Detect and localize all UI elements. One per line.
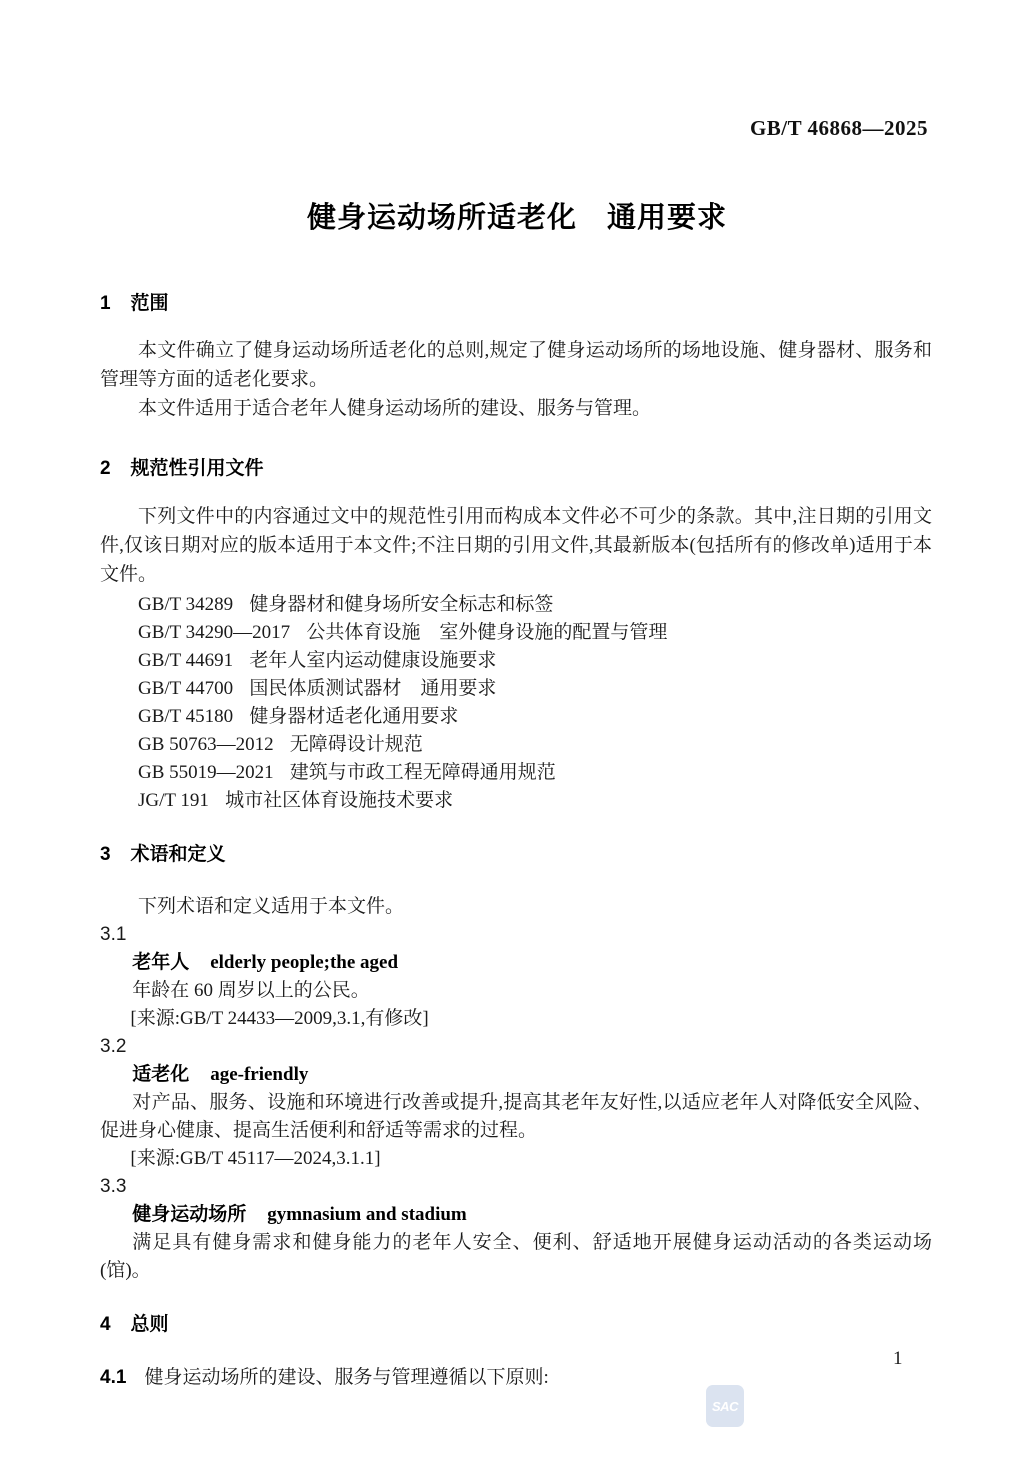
references-list: GB/T 34289健身器材和健身场所安全标志和标签 GB/T 34290—20… bbox=[100, 591, 932, 815]
section-4-heading: 4总则 bbox=[100, 1310, 932, 1339]
sac-logo-watermark: SAC bbox=[706, 1385, 744, 1427]
reference-item: GB/T 34290—2017公共体育设施 室外健身设施的配置与管理 bbox=[100, 619, 932, 647]
term-source: [来源:GB/T 45117—2024,3.1.1] bbox=[100, 1145, 932, 1173]
reference-title: 健身器材适老化通用要求 bbox=[249, 703, 458, 731]
term-clause-number: 3.1 bbox=[100, 921, 932, 949]
reference-item: GB 50763—2012无障碍设计规范 bbox=[100, 731, 932, 759]
document-body: 1范围 本文件确立了健身运动场所适老化的总则,规定了健身运动场所的场地设施、健身… bbox=[100, 289, 932, 1392]
reference-code: GB/T 34289 bbox=[138, 591, 233, 619]
reference-title: 健身器材和健身场所安全标志和标签 bbox=[249, 591, 553, 619]
term-clause-number: 3.3 bbox=[100, 1173, 932, 1201]
reference-title: 公共体育设施 室外健身设施的配置与管理 bbox=[306, 619, 667, 647]
reference-code: GB/T 44691 bbox=[138, 647, 233, 675]
term-definition: 年龄在 60 周岁以上的公民。 bbox=[100, 977, 932, 1005]
section-label: 术语和定义 bbox=[131, 840, 226, 869]
term-clause-number: 3.2 bbox=[100, 1033, 932, 1061]
section-number: 2 bbox=[100, 454, 111, 483]
section-number: 3 bbox=[100, 840, 111, 869]
term-entry: 适老化age-friendly bbox=[100, 1061, 932, 1089]
section-label: 规范性引用文件 bbox=[131, 454, 264, 483]
term-entry: 健身运动场所gymnasium and stadium bbox=[100, 1201, 932, 1229]
standard-document-page: GB/T 46868—2025 健身运动场所适老化 通用要求 1范围 本文件确立… bbox=[0, 0, 1034, 1460]
reference-item: GB/T 45180健身器材适老化通用要求 bbox=[100, 703, 932, 731]
terms-and-definitions: 3.1 老年人elderly people;the aged 年龄在 60 周岁… bbox=[100, 921, 932, 1285]
reference-item: GB/T 34289健身器材和健身场所安全标志和标签 bbox=[100, 591, 932, 619]
reference-item: JG/T 191城市社区体育设施技术要求 bbox=[100, 787, 932, 815]
term-entry: 老年人elderly people;the aged bbox=[100, 949, 932, 977]
term-zh: 老年人 bbox=[132, 952, 189, 973]
term-zh: 适老化 bbox=[132, 1064, 189, 1085]
term-en: age-friendly bbox=[210, 1064, 308, 1085]
reference-title: 建筑与市政工程无障碍通用规范 bbox=[290, 759, 556, 787]
reference-item: GB/T 44691老年人室内运动健康设施要求 bbox=[100, 647, 932, 675]
reference-code: JG/T 191 bbox=[138, 787, 209, 815]
scope-paragraph-1: 本文件确立了健身运动场所适老化的总则,规定了健身运动场所的场地设施、健身器材、服… bbox=[100, 336, 932, 394]
section-label: 范围 bbox=[131, 289, 169, 318]
section-2-heading: 2规范性引用文件 bbox=[100, 454, 932, 483]
page-number: 1 bbox=[893, 1348, 903, 1370]
term-zh: 健身运动场所 bbox=[132, 1204, 246, 1225]
reference-code: GB/T 34290—2017 bbox=[138, 619, 290, 647]
term-definition: 满足具有健身需求和健身能力的老年人安全、便利、舒适地开展健身运动活动的各类运动场… bbox=[100, 1229, 932, 1285]
reference-title: 无障碍设计规范 bbox=[290, 731, 423, 759]
section-3-heading: 3术语和定义 bbox=[100, 840, 932, 869]
terms-intro: 下列术语和定义适用于本文件。 bbox=[100, 892, 932, 921]
section-number: 4 bbox=[100, 1310, 111, 1339]
clause-text: 健身运动场所的建设、服务与管理遵循以下原则: bbox=[144, 1367, 548, 1388]
reference-title: 老年人室内运动健康设施要求 bbox=[249, 647, 496, 675]
reference-code: GB/T 44700 bbox=[138, 675, 233, 703]
section-1-heading: 1范围 bbox=[100, 289, 932, 318]
clause-number: 4.1 bbox=[100, 1367, 126, 1388]
reference-title: 国民体质测试器材 通用要求 bbox=[249, 675, 496, 703]
term-definition: 对产品、服务、设施和环境进行改善或提升,提高其老年友好性,以适应老年人对降低安全… bbox=[100, 1089, 932, 1145]
reference-code: GB 50763—2012 bbox=[138, 731, 274, 759]
scope-paragraph-2: 本文件适用于适合老年人健身运动场所的建设、服务与管理。 bbox=[100, 394, 932, 423]
normative-refs-intro: 下列文件中的内容通过文中的规范性引用而构成本文件必不可少的条款。其中,注日期的引… bbox=[100, 502, 932, 589]
reference-code: GB 55019—2021 bbox=[138, 759, 274, 787]
reference-item: GB/T 44700国民体质测试器材 通用要求 bbox=[100, 675, 932, 703]
section-label: 总则 bbox=[131, 1310, 169, 1339]
doc-code: GB/T 46868—2025 bbox=[750, 116, 928, 141]
term-en: elderly people;the aged bbox=[210, 952, 398, 973]
term-source: [来源:GB/T 24433—2009,3.1,有修改] bbox=[100, 1005, 932, 1033]
clause-4-1: 4.1健身运动场所的建设、服务与管理遵循以下原则: bbox=[100, 1363, 932, 1392]
term-en: gymnasium and stadium bbox=[267, 1204, 467, 1225]
reference-title: 城市社区体育设施技术要求 bbox=[225, 787, 453, 815]
reference-code: GB/T 45180 bbox=[138, 703, 233, 731]
reference-item: GB 55019—2021建筑与市政工程无障碍通用规范 bbox=[100, 759, 932, 787]
section-number: 1 bbox=[100, 289, 111, 318]
